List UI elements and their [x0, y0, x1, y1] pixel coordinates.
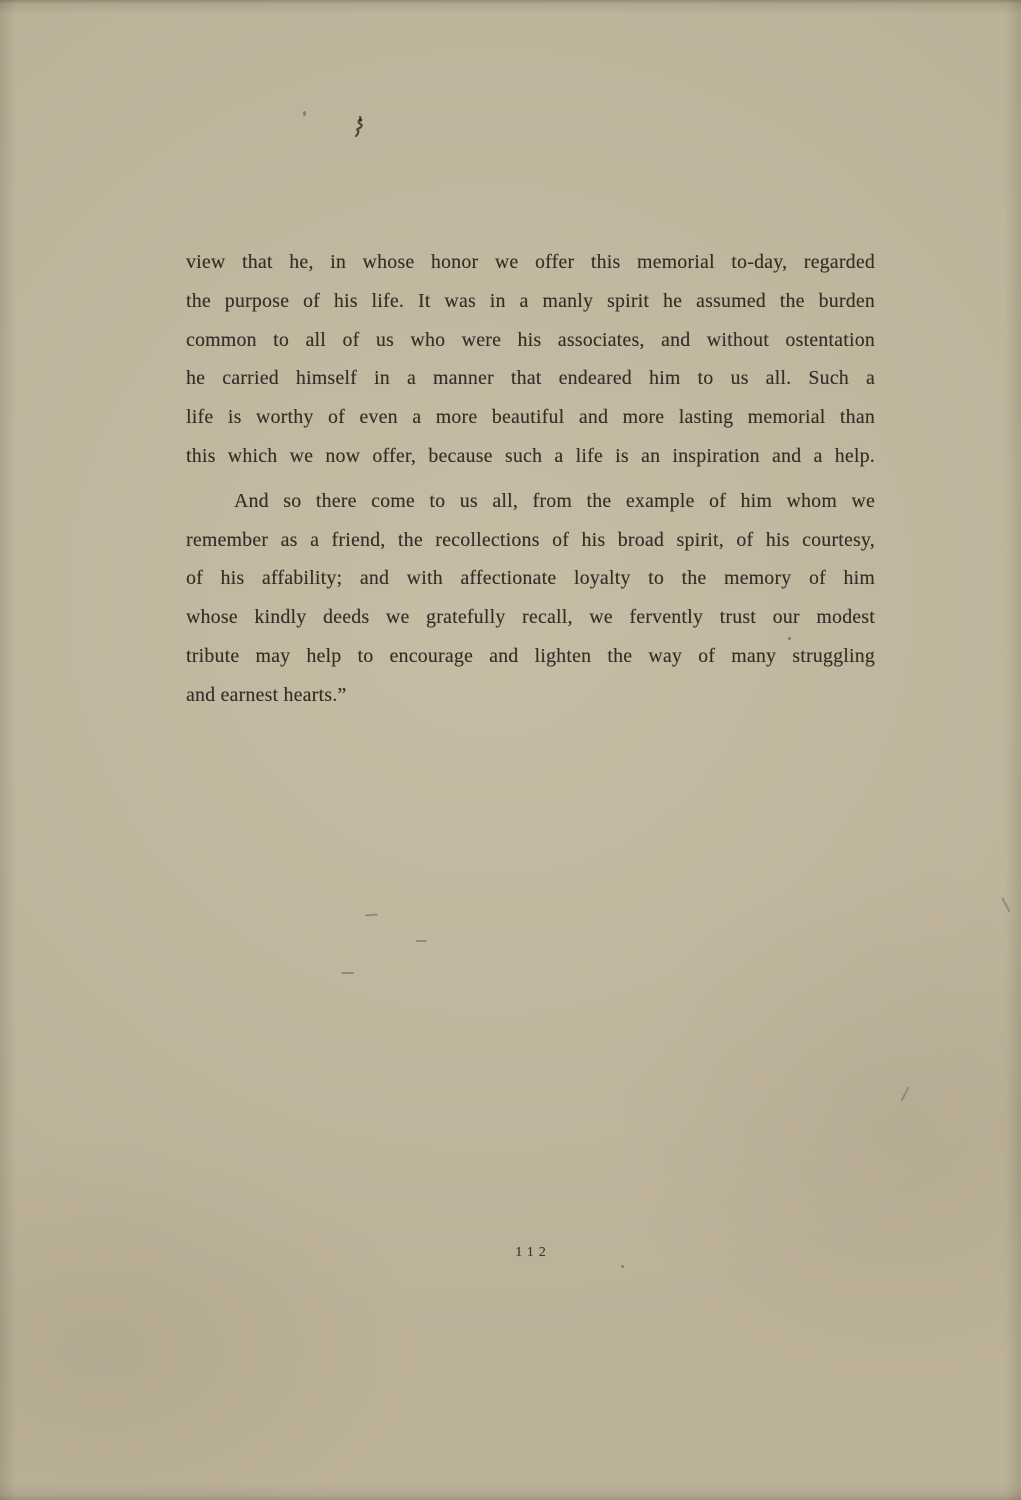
text-line: And so there come to us all, from the ex… — [186, 482, 875, 521]
text-line: the purpose of his life. It was in a man… — [186, 282, 875, 321]
paragraph-2: And so there come to us all, from the ex… — [186, 482, 875, 715]
faint-dash-mark — [341, 972, 354, 974]
scratch-mark — [1001, 898, 1010, 913]
text-line: this which we now offer, because such a … — [186, 437, 875, 476]
text-line: whose kindly deeds we gratefully recall,… — [186, 598, 875, 637]
scratch-mark — [900, 1087, 909, 1102]
text-line: tribute may help to encourage and lighte… — [186, 637, 875, 676]
faint-dash-mark — [416, 940, 427, 942]
text-line: view that he, in whose honor we offer th… — [186, 243, 875, 282]
ink-blot-mark — [352, 116, 366, 138]
book-page-scan: view that he, in whose honor we offer th… — [0, 0, 1021, 1500]
paper-speck — [303, 111, 306, 116]
text-line: life is worthy of even a more beautiful … — [186, 398, 875, 437]
text-line: remember as a friend, the recollections … — [186, 521, 875, 560]
page-number: 112 — [186, 1245, 875, 1261]
text-line: common to all of us who were his associa… — [186, 321, 875, 360]
text-line: and earnest hearts.” — [186, 676, 875, 715]
paper-speck — [621, 1265, 624, 1268]
paragraph-1: view that he, in whose honor we offer th… — [186, 243, 875, 476]
page-text-block: view that he, in whose honor we offer th… — [186, 243, 875, 715]
text-line: he carried himself in a manner that ende… — [186, 359, 875, 398]
text-line: of his affability; and with affectionate… — [186, 559, 875, 598]
faint-dash-mark — [365, 914, 378, 917]
